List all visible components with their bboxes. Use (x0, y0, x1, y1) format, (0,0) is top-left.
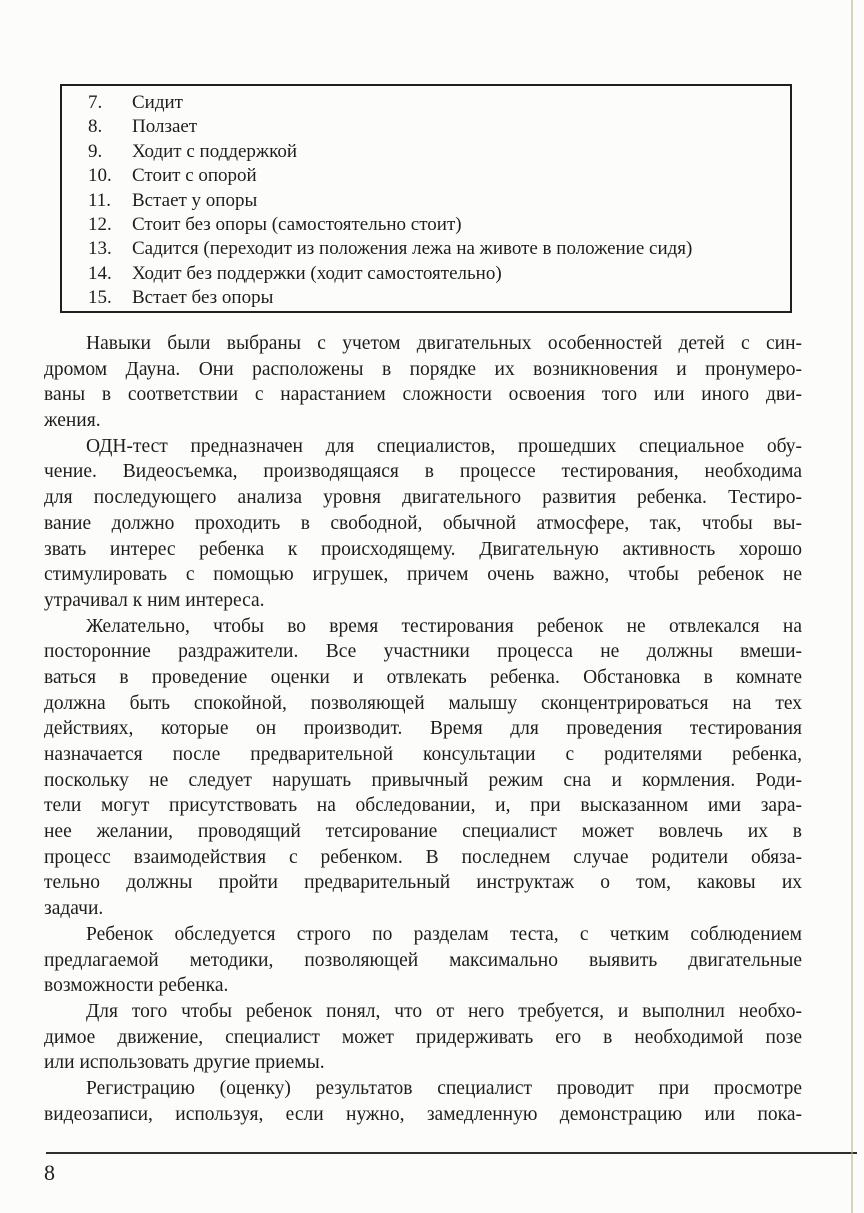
list-item-number: 12. (88, 213, 132, 237)
text-line: видеозаписи, используя, если нужно, заме… (44, 1102, 802, 1128)
text-line: нее желании, проводящий тетсирование спе… (44, 819, 802, 845)
text-line: утрачивал к ним интереса. (44, 588, 802, 614)
list-item-number: 15. (88, 286, 132, 310)
text-line: вание должно проходить в свободной, обыч… (44, 511, 802, 537)
list-item-text: Ползает (132, 115, 197, 139)
skills-list-box: 7.Сидит8.Ползает9.Ходит с поддержкой10.С… (60, 84, 792, 313)
text-line: тельно должны пройти предварительный инс… (44, 870, 802, 896)
list-item-number: 13. (88, 237, 132, 261)
list-item-number: 9. (88, 140, 132, 164)
text-line: ваться в проведение оценки и отвлекать р… (44, 665, 802, 691)
list-item: 14.Ходит без поддержки (ходит самостояте… (88, 262, 784, 286)
page-number: 8 (44, 1160, 55, 1186)
list-item-text: Садится (переходит из положения лежа на … (132, 237, 692, 261)
text-line: ваны в соответствии с нарастанием сложно… (44, 382, 802, 408)
text-line: тели могут присутствовать на обследовани… (44, 793, 802, 819)
text-line: Для того чтобы ребенок понял, что от нег… (44, 999, 802, 1025)
list-item: 9.Ходит с поддержкой (88, 140, 784, 164)
list-item-number: 11. (88, 189, 132, 213)
list-item-text: Ходит без поддержки (ходит самостоятельн… (132, 262, 502, 286)
text-line: процесс взаимодействия с ребенком. В пос… (44, 845, 802, 871)
list-item: 11.Встает у опоры (88, 189, 784, 213)
text-line: должна быть спокойной, позволяющей малыш… (44, 691, 802, 717)
list-item: 15.Встает без опоры (88, 286, 784, 310)
text-line: Регистрацию (оценку) результатов специал… (44, 1076, 802, 1102)
list-item-number: 7. (88, 91, 132, 115)
text-line: чение. Видеосъемка, производящаяся в про… (44, 459, 802, 485)
footer-rule (46, 1152, 857, 1154)
text-line: поскольку не следует нарушать привычный … (44, 768, 802, 794)
list-item: 10.Стоит с опорой (88, 164, 784, 188)
list-item: 8.Ползает (88, 115, 784, 139)
text-line: или использовать другие приемы. (44, 1050, 802, 1076)
text-line: Желательно, чтобы во время тестирования … (44, 614, 802, 640)
text-line: возможности ребенка. (44, 973, 802, 999)
text-line: Навыки были выбраны с учетом двигательны… (44, 331, 802, 357)
text-line: дромом Дауна. Они расположены в порядке … (44, 357, 802, 383)
scanned-book-page: 7.Сидит8.Ползает9.Ходит с поддержкой10.С… (0, 0, 864, 1213)
list-item-number: 8. (88, 115, 132, 139)
list-item-text: Стоит с опорой (132, 164, 257, 188)
list-item-text: Ходит с поддержкой (132, 140, 297, 164)
text-line: жения. (44, 408, 802, 434)
scan-edge-artifact (851, 0, 853, 1213)
list-item: 7.Сидит (88, 91, 784, 115)
list-item-text: Стоит без опоры (самостоятельно стоит) (132, 213, 462, 237)
text-line: звать интерес ребенка к происходящему. Д… (44, 537, 802, 563)
list-item-number: 14. (88, 262, 132, 286)
list-item-number: 10. (88, 164, 132, 188)
text-line: посторонние раздражители. Все участники … (44, 639, 802, 665)
text-line: для последующего анализа уровня двигател… (44, 485, 802, 511)
text-line: предлагаемой методики, позволяющей макси… (44, 948, 802, 974)
text-line: ОДН-тест предназначен для специалистов, … (44, 434, 802, 460)
text-line: задачи. (44, 896, 802, 922)
text-line: Ребенок обследуется строго по разделам т… (44, 922, 802, 948)
list-item: 13.Садится (переходит из положения лежа … (88, 237, 784, 261)
list-item-text: Сидит (132, 91, 183, 115)
list-item-text: Встает без опоры (132, 286, 273, 310)
text-line: стимулировать с помощью игрушек, причем … (44, 562, 802, 588)
text-line: димое движение, специалист может придерж… (44, 1025, 802, 1051)
body-text: Навыки были выбраны с учетом двигательны… (44, 331, 802, 1127)
text-line: действиях, которые он производит. Время … (44, 716, 802, 742)
list-item-text: Встает у опоры (132, 189, 257, 213)
text-line: назначается после предварительной консул… (44, 742, 802, 768)
list-item: 12.Стоит без опоры (самостоятельно стоит… (88, 213, 784, 237)
